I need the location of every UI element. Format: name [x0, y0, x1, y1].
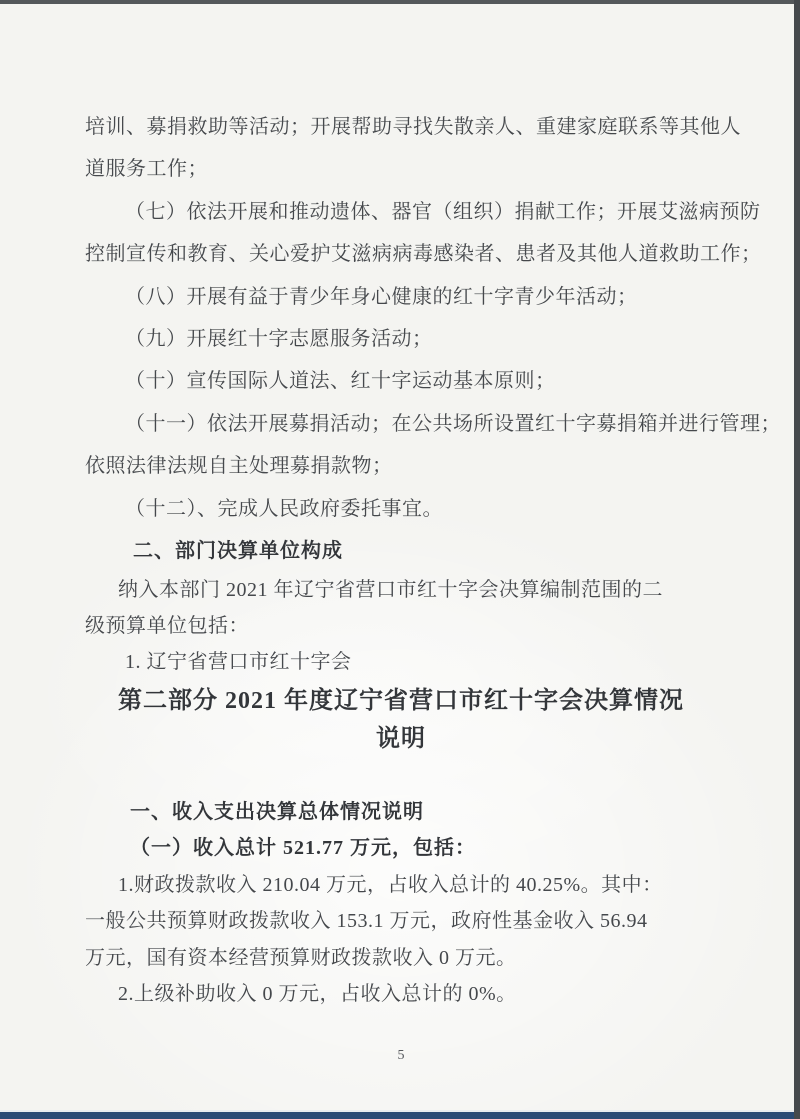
text-line: 1.财政拨款收入 210.04 万元，占收入总计的 40.25%。其中： [85, 867, 717, 904]
text-line: 纳入本部门 2021 年辽宁省营口市红十字会决算编制范围的二 [85, 572, 717, 608]
text-line: （十）宣传国际人道法、红十字运动基本原则； [85, 360, 717, 402]
text-line: 级预算单位包括： [85, 608, 717, 644]
text-line: 万元，国有资本经营预算财政拨款收入 0 万元。 [85, 940, 717, 977]
page-content: 培训、募捐救助等活动；开展帮助寻找失散亲人、重建家庭联系等其他人道服务工作；（七… [85, 0, 717, 1013]
page-edge-bottom [0, 1110, 794, 1119]
text-line: 道服务工作； [85, 148, 717, 190]
text-line: 第二部分 2021 年度辽宁省营口市红十字会决算情况 [85, 682, 717, 720]
text-line: 依照法律法规自主处理募捐款物； [85, 445, 717, 487]
text-line: 二、部门决算单位构成 [85, 530, 717, 572]
page-number: 5 [85, 1046, 717, 1066]
text-line: （八）开展有益于青少年身心健康的红十字青少年活动； [85, 276, 717, 318]
text-line: （十二）、完成人民政府委托事宜。 [85, 488, 717, 530]
text-line: （九）开展红十字志愿服务活动； [85, 318, 717, 360]
section-income-summary: 一、收入支出决算总体情况说明（一）收入总计 521.77 万元，包括：1.财政拨… [85, 794, 717, 1013]
page-edge-top [0, 0, 800, 4]
section-unit-composition: 二、部门决算单位构成纳入本部门 2021 年辽宁省营口市红十字会决算编制范围的二… [85, 530, 717, 680]
page-edge-right [794, 0, 800, 1119]
text-line: 培训、募捐救助等活动；开展帮助寻找失散亲人、重建家庭联系等其他人 [85, 106, 717, 148]
text-line: （十一）依法开展募捐活动；在公共场所设置红十字募捐箱并进行管理； [85, 403, 717, 445]
text-line: 控制宣传和教育、关心爱护艾滋病病毒感染者、患者及其他人道救助工作； [85, 233, 717, 275]
document-page: 培训、募捐救助等活动；开展帮助寻找失散亲人、重建家庭联系等其他人道服务工作；（七… [0, 0, 800, 1119]
text-line: 说明 [85, 720, 717, 758]
section-duties: 培训、募捐救助等活动；开展帮助寻找失散亲人、重建家庭联系等其他人道服务工作；（七… [85, 106, 717, 530]
text-line: 2.上级补助收入 0 万元，占收入总计的 0%。 [85, 976, 717, 1013]
text-line: 1. 辽宁省营口市红十字会 [85, 644, 717, 680]
text-line: 一、收入支出决算总体情况说明 [85, 794, 717, 831]
text-line: 一般公共预算财政拨款收入 153.1 万元，政府性基金收入 56.94 [85, 903, 717, 940]
part-heading: 第二部分 2021 年度辽宁省营口市红十字会决算情况说明 [85, 682, 717, 758]
text-line: （七）依法开展和推动遗体、器官（组织）捐献工作；开展艾滋病预防 [85, 191, 717, 233]
text-line: （一）收入总计 521.77 万元，包括： [85, 830, 717, 867]
